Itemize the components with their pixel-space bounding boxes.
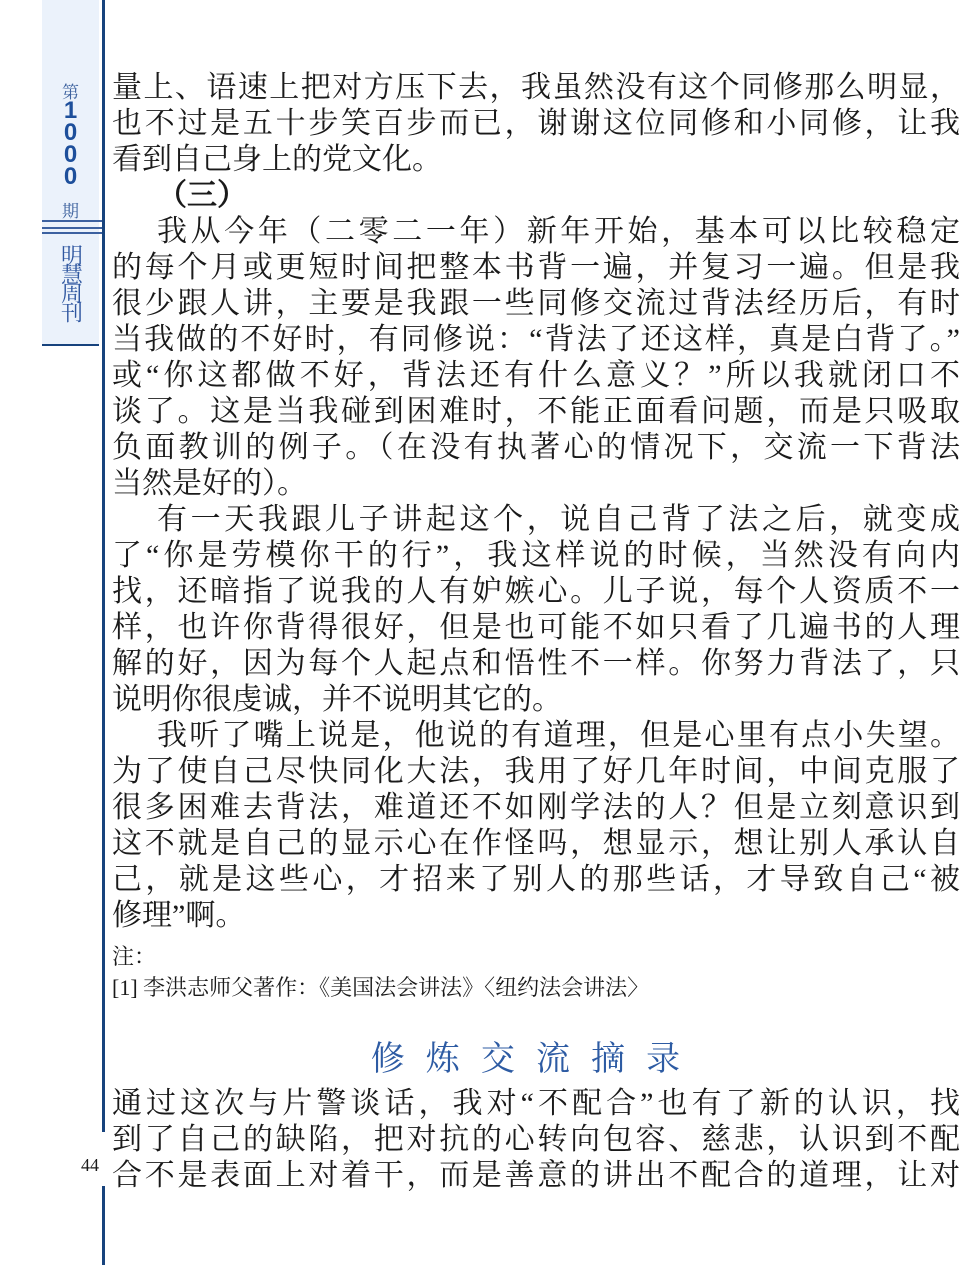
body-line: 这不就是自己的显示心在作怪吗，想显示，想让别人承认自: [112, 826, 960, 862]
excerpt-body: 通过这次与片警谈话，我对“不配合”也有了新的认识，找到了自己的缺陷，把对抗的心转…: [112, 1086, 960, 1194]
body-line: 有一天我跟儿子讲起这个，说自己背了法之后，就变成: [112, 502, 960, 538]
note-line: 注：: [112, 941, 960, 972]
body-line: 解的好，因为每个人起点和悟性不一样。你努力背法了，只: [112, 646, 960, 682]
body-line: 很多困难去背法，难道还不如刚学法的人？但是立刻意识到: [112, 790, 960, 826]
body-line: 当我做的不好时，有同修说：“背法了还这样，真是白背了。”: [112, 322, 960, 358]
page-root: 第 1000 期 明慧周刊 44 量上、语速上把对方压下去，我虽然没有这个同修那…: [0, 0, 978, 1265]
body-line: 我听了嘴上说是，他说的有道理，但是心里有点小失望。: [112, 718, 960, 754]
body-line: 样，也许你背得很好，但是也可能不如只看了几遍书的人理: [112, 610, 960, 646]
body-line: 很少跟人讲，主要是我跟一些同修交流过背法经历后，有时: [112, 286, 960, 322]
page-number: 44: [78, 1155, 102, 1176]
note-line: [1] 李洪志师父著作：《美国法会讲法》〈纽约法会讲法〉: [112, 972, 960, 1003]
body-line: 我从今年（二零二一年）新年开始，基本可以比较稳定: [112, 214, 960, 250]
journal-title: 明慧周刊: [58, 244, 84, 320]
issue-number: 1000: [42, 100, 99, 188]
body-line: 负面教训的例子。（在没有执著心的情况下，交流一下背法: [112, 430, 960, 466]
body-line: 或“你这都做不好，背法还有什么意义？”所以我就闭口不: [112, 358, 960, 394]
notes-block: 注：[1] 李洪志师父著作：《美国法会讲法》〈纽约法会讲法〉: [112, 941, 960, 1003]
article-body: 量上、语速上把对方压下去，我虽然没有这个同修那么明显，也不过是五十步笑百步而已，…: [112, 70, 960, 934]
excerpt-line: 通过这次与片警谈话，我对“不配合”也有了新的认识，找: [112, 1086, 960, 1122]
excerpt-line: 到了自己的缺陷，把对抗的心转向包容、慈悲，认识到不配: [112, 1122, 960, 1158]
issue-digit: 0: [42, 166, 99, 188]
body-line: 己，就是这些心，才招来了别人的那些话，才导致自己“被: [112, 862, 960, 898]
body-line: 谈了。这是当我碰到困难时，不能正面看问题，而是只吸取: [112, 394, 960, 430]
body-line: 为了使自己尽快同化大法，我用了好几年时间，中间克服了: [112, 754, 960, 790]
section-heading: 修炼交流摘录: [112, 1038, 960, 1082]
body-line: 说明你很虔诚，并不说明其它的。: [112, 682, 960, 718]
body-line: 了“你是劳模你干的行”，我这样说的时候，当然没有向内: [112, 538, 960, 574]
issue-panel: 第 1000 期 明慧周刊: [42, 0, 99, 346]
excerpt-line: 合不是表面上对着干，而是善意的讲出不配合的道理，让对: [112, 1158, 960, 1194]
page-rule-top: [102, 0, 105, 1132]
body-line: 找，还暗指了说我的人有妒嫉心。儿子说，每个人资质不一: [112, 574, 960, 610]
body-line: 也不过是五十步笑百步而已，谢谢这位同修和小同修，让我: [112, 106, 960, 142]
panel-divider-single: [42, 220, 105, 222]
body-line: （三）: [112, 178, 960, 214]
panel-divider-double: [42, 227, 105, 234]
body-line: 修理”啊。: [112, 898, 960, 934]
body-line: 的每个月或更短时间把整本书背一遍，并复习一遍。但是我: [112, 250, 960, 286]
body-line: 看到自己身上的党文化。: [112, 142, 960, 178]
body-line: 量上、语速上把对方压下去，我虽然没有这个同修那么明显，: [112, 70, 960, 106]
page-rule-bottom: [102, 1186, 105, 1265]
issue-suffix: 期: [42, 197, 99, 222]
body-line: 当然是好的）。: [112, 466, 960, 502]
